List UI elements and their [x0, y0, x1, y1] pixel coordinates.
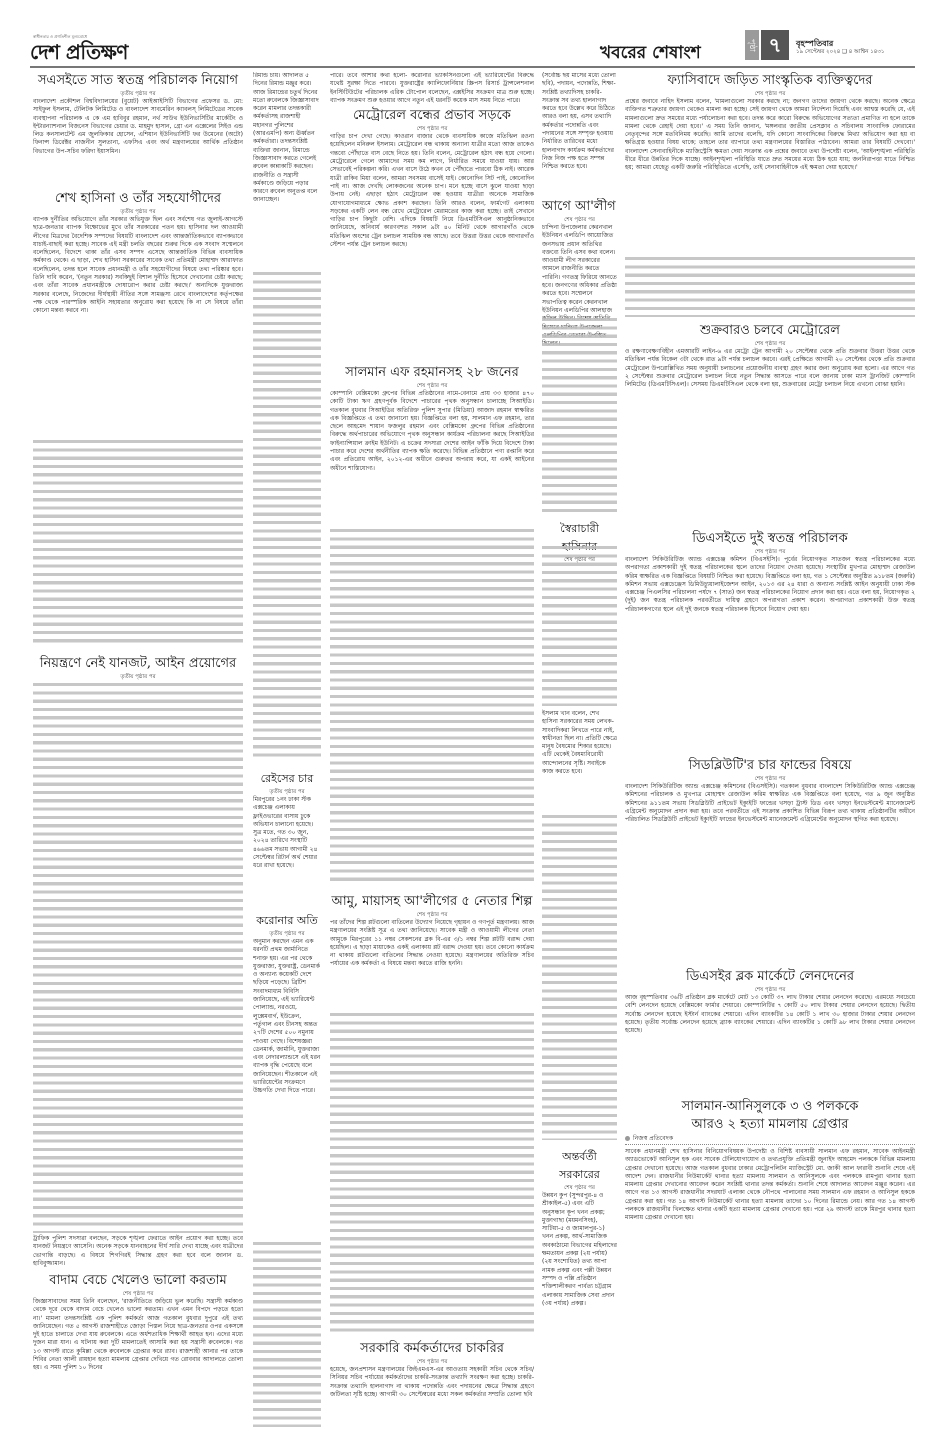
article-continued: তৃতীয় পৃষ্ঠার পর [253, 788, 321, 796]
byline-text: নিজস্ব প্রতিবেদক [633, 1135, 673, 1142]
article-continued: শেষ পৃষ্ঠার পর [625, 90, 915, 98]
article-sarkari-continued: (সর্বোচ্চ ছয় মাসের মধ্যে তোলা ছবি), পদা… [542, 72, 617, 197]
article-headline: নিয়ন্ত্রণে নেই যানজট, আইন প্রয়োগের [33, 655, 243, 673]
article-text-continuation [253, 272, 321, 757]
article-continued: তৃতীয় পৃষ্ঠার পর [253, 930, 321, 938]
article-body: প্রশ্নের জবাবে নাহিদ ইসলাম বলেন, 'মামলাগ… [625, 98, 915, 173]
article-headline-line1: সালমান-আনিসুলকে ৩ ও পলককে [625, 1098, 915, 1116]
section-title: খবরের শেষাংশ [600, 40, 701, 68]
article-continued: শেষ পৃষ্ঠার পর [330, 911, 534, 919]
article-dse-block: ডিএসইর ব্লক মার্কেটে লেনদেনের শেষ পৃষ্ঠা… [625, 968, 915, 1098]
bullet-icon [625, 1136, 630, 1141]
article-body: জিজ্ঞাসাবাদের সময় তিনি বলেছেন, 'রাজনীতি… [33, 1298, 243, 1373]
article-headline: শেখ হাসিনা ও তাঁর সহযোগীদের [33, 190, 243, 208]
article-salman: সালমান এফ রহমানসহ ২৮ জনের শেষ পৃষ্ঠার পর… [330, 364, 534, 890]
page-number: ৭ [761, 30, 789, 60]
article-body: সাবেক প্রধানমন্ত্রী শেখ হাসিনার বিনিয়োগ… [625, 1148, 915, 1223]
article-text-continuation [253, 1242, 321, 1427]
article-fascibad: ফ্যাসিবাদে জড়িত সাংস্কৃতিক ব্যক্তিত্বদে… [625, 72, 915, 322]
article-body: কোম্পানি বেক্সিমকো গ্রুপের বিভিন্ন প্রতি… [330, 390, 534, 473]
article-headline: সিডব্লিউটি'র চার ফান্ডের বিষয়ে [625, 757, 915, 775]
article-antorborti: অন্তর্বর্তী সরকারের শেষ পৃষ্ঠার পর উন্নয… [542, 1148, 617, 1438]
publication-date: ১৯ সেপ্টেম্বর ২০২৪ ❑ ৪ আশ্বিন ১৪৩১ [796, 49, 884, 57]
article-continued: শেষ পৃষ্ঠার পর [625, 548, 915, 556]
article-headline: মেট্রোরেল বন্ধের প্রভাব সড়কে [330, 107, 534, 125]
article-continued: শেষ পৃষ্ঠার পর [330, 125, 534, 133]
article-rashes-char: রেইসের চার তৃতীয় পৃষ্ঠার পর মিরপুরের ১ন… [253, 770, 321, 910]
article-continued: শেষ পৃষ্ঠার পর [542, 216, 617, 224]
article-continued: তৃতীয় পৃষ্ঠার পর [33, 208, 243, 216]
article-body: ট্রাফিক পুলিশ সদস্যরা বলছেন, সড়কে শৃঙ্খ… [33, 1235, 243, 1268]
article-text-continuation [33, 440, 243, 645]
article-body: (সর্বোচ্চ ছয় মাসের মধ্যে তোলা ছবি), পদা… [542, 72, 617, 172]
article-headline: ডিএসইতে দুই স্বতন্ত্র পরিচালক [625, 530, 915, 548]
article-body: ইসলাম খান বলেন, শেখ হাসিনা সরকারের সময় … [542, 710, 617, 776]
article-headline-line2: আরও ২ হত্যা মামলায় গ্রেপ্তার [625, 1116, 915, 1134]
article-text-continuation [33, 683, 243, 1233]
article-amu: আমু, মায়াসহ আ'লীগের ৫ নেতার শিল্প শেষ প… [330, 893, 534, 1338]
article-headline: রেইসের চার [253, 770, 321, 788]
article-continued: তৃতীয় পৃষ্ঠার পর [33, 673, 243, 681]
article-byline: নিজস্ব প্রতিবেদক [625, 1134, 915, 1145]
article-metrorail: পারে। তবে আশার কথা হলো- করোনার ভ্যাকসিনগ… [330, 72, 534, 362]
article-sheikh-hasina: শেখ হাসিনা ও তাঁর সহযোগীদের তৃতীয় পৃষ্ঠ… [33, 190, 243, 650]
article-continued: শেষ পৃষ্ঠার পর [625, 340, 915, 348]
article-body: ব্যাপক দুর্নীতির অভিযোগে তাঁর সরকার অভিয… [33, 216, 243, 316]
article-continued: শেষ পৃষ্ঠার পর [542, 1184, 617, 1192]
article-text-continuation [625, 257, 915, 317]
article-text-continuation [330, 529, 534, 884]
article-salman-anisul: সালমান-আনিসুলকে ৩ ও পলককে আরও ২ হত্যা মা… [625, 1098, 915, 1438]
article-headline: অন্তর্বর্তী সরকারের [542, 1148, 617, 1184]
article-cdbl: সিডব্লিউটি'র চার ফান্ডের বিষয়ে শেষ পৃষ্… [625, 757, 915, 967]
article-body: উন্নয়ন কুপ (সুন্দরপুর-৪ ও শ্রীকাইল-৫) এ… [542, 1192, 617, 1308]
article-text-continuation [542, 815, 617, 1140]
article-body: বাংলাদেশ সিকিউরিটিজ অ্যান্ড এক্সচেঞ্জ কম… [625, 783, 915, 824]
article-headline: আমু, মায়াসহ আ'লীগের ৫ নেতার শিল্প [330, 893, 534, 911]
article-rimand: রিমান্ড চায়। আদালত ৫ দিনের রিমান্ড মঞ্জ… [253, 72, 321, 762]
article-text-continuation [542, 546, 617, 706]
masthead-rule [30, 66, 915, 68]
article-headline: সএসইতে সাত স্বতন্ত্র পরিচালক নিয়োগ [33, 72, 243, 90]
article-headline: করোনার অতি [253, 912, 321, 930]
article-body: আজ বৃহস্পতিবার ৩৬টি প্রতিষ্ঠান ব্লক মার্… [625, 994, 915, 1035]
page-label: পৃষ্ঠা [745, 30, 759, 60]
article-korona: করোনার অতি তৃতীয় পৃষ্ঠার পর অনুমান করছে… [253, 912, 321, 1432]
article-headline: শুক্রবারও চলবে মেট্রোরেল [625, 322, 915, 340]
article-text-continuation [330, 1013, 534, 1333]
article-headline: আগে আ'লীগ [542, 198, 617, 216]
article-body: অনুমান করছেন এমন এক ধরনটি প্রথম জার্মানি… [253, 938, 321, 1096]
article-continued: শেষ পৃষ্ঠার পর [625, 986, 915, 994]
article-badam: বাদাম বেচে খেলেও ভালো করতাম শেষ পৃষ্ঠার … [33, 1272, 243, 1432]
article-body: গাড়ির চাপ দেখা গেছে। কাওরান বাজার থেকে … [330, 133, 534, 249]
article-body: বাংলাদেশ প্রকৌশল বিশ্ববিদ্যালয়ের (বুয়ে… [33, 98, 243, 156]
article-body: পর তাঁদের শিল্প প্লটগুলো বাতিলের উদ্যোগ … [330, 919, 534, 969]
article-text-continuation [542, 318, 617, 513]
masthead: স্বাধীনতার ও প্রগতিশীল মূল্যবোধে দেশ প্র… [30, 30, 915, 60]
article-headline: সালমান এফ রহমানসহ ২৮ জনের [330, 364, 534, 382]
article-body: হয়েছে, জনপ্রশাসন মন্ত্রণালয়ের জিইএমএস-… [330, 1366, 534, 1399]
article-headline: ফ্যাসিবাদে জড়িত সাংস্কৃতিক ব্যক্তিত্বদে… [625, 72, 915, 90]
article-dse-director: ডিএসইতে দুই স্বতন্ত্র পরিচালক শেষ পৃষ্ঠা… [625, 530, 915, 755]
article-jamjot: নিয়ন্ত্রণে নেই যানজট, আইন প্রয়োগের তৃত… [33, 655, 243, 1273]
article-body: বাংলাদেশ সিকিউরিটিজ অ্যান্ড এক্সচেঞ্জ কম… [625, 556, 915, 614]
article-continued: শেষ পৃষ্ঠার পর [330, 1358, 534, 1366]
article-headline: ডিএসইর ব্লক মার্কেটে লেনদেনের [625, 968, 915, 986]
article-continued: শেষ পৃষ্ঠার পর [33, 1290, 243, 1298]
article-headline: বাদাম বেচে খেলেও ভালো করতাম [33, 1272, 243, 1290]
article-continued: শেষ পৃষ্ঠার পর [330, 382, 534, 390]
article-body: ও রক্ষণাবেক্ষণবিহীন এমআরটি লাইন-৬ এর মেট… [625, 348, 915, 389]
article-continued: তৃতীয় পৃষ্ঠার পর [33, 90, 243, 98]
article-body: মিরপুরের ১নং ঢাকা স্টক এক্সচেঞ্জ এলাকায়… [253, 796, 321, 871]
article-headline: সরকারি কর্মকর্তাদের চাকরির [330, 1340, 534, 1358]
article-sarkari: সরকারি কর্মকর্তাদের চাকরির শেষ পৃষ্ঠার প… [330, 1340, 534, 1435]
article-sweracharI: স্বৈরাচারী হাসিনার শেষ পৃষ্ঠার পর ইসলাম … [542, 520, 617, 1145]
article-continued: শেষ পৃষ্ঠার পর [625, 775, 915, 783]
article-age-aleague: আগে আ'লীগ শেষ পৃষ্ঠার পর চান্দিনা উপজেলা… [542, 198, 617, 518]
article-saseite: সএসইতে সাত স্বতন্ত্র পরিচালক নিয়োগ তৃতী… [33, 72, 243, 190]
article-shukrobar-metro: শুক্রবারও চলবে মেট্রোরেল শেষ পৃষ্ঠার পর … [625, 322, 915, 527]
article-intro: পারে। তবে আশার কথা হলো- করোনার ভ্যাকসিনগ… [330, 72, 534, 105]
article-body: রিমান্ড চায়। আদালত ৫ দিনের রিমান্ড মঞ্জ… [253, 72, 321, 205]
